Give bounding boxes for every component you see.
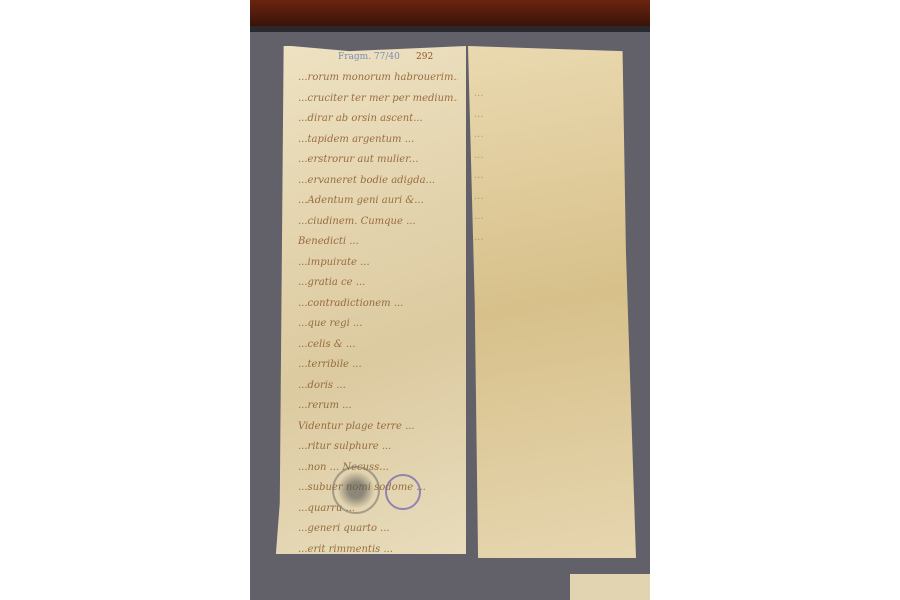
- manuscript-line: Videntur plage terre ...: [298, 421, 458, 442]
- manuscript-line: ...rorum monorum habrouerim...: [298, 72, 458, 93]
- manuscript-line: ...non ... Necuss...: [298, 462, 458, 483]
- manuscript-line: ...erit rimmentis ...: [298, 544, 458, 565]
- shelfmark-annotation: Fragm. 77/40: [338, 52, 400, 62]
- manuscript-line: ...cruciter ter mer per medium...: [298, 93, 458, 114]
- manuscript-line: ...gratia ce ...: [298, 277, 458, 298]
- manuscript-line: ...: [474, 88, 584, 109]
- manuscript-line: Benedicti ...: [298, 236, 458, 257]
- manuscript-line: ...: [474, 150, 584, 171]
- manuscript-line: ...Adentum geni auri &...: [298, 195, 458, 216]
- manuscript-line: ...: [474, 232, 584, 253]
- manuscript-line: ...contradictionem ...: [298, 298, 458, 319]
- manuscript-line: ...generi quarto ...: [298, 523, 458, 544]
- manuscript-line: ...terribile ...: [298, 359, 458, 380]
- manuscript-line: ...ervaneret bodie adigda...: [298, 175, 458, 196]
- manuscript-line: ...celis & ...: [298, 339, 458, 360]
- right-strip-text: ... ... ... ... ... ... ... ...: [474, 88, 584, 252]
- manuscript-line: ...que regi ...: [298, 318, 458, 339]
- manuscript-line: ...rerum ...: [298, 400, 458, 421]
- folio-number: 292: [416, 52, 433, 62]
- manuscript-line: ...tapidem argentum ...: [298, 134, 458, 155]
- manuscript-line: ...quarru ...: [298, 503, 458, 524]
- manuscript-line: ...ritur sulphure ...: [298, 441, 458, 462]
- manuscript-line: ...: [474, 170, 584, 191]
- library-stamp-icon: [332, 466, 380, 514]
- photograph: Fragm. 77/40 292 ...rorum monorum habrou…: [250, 0, 650, 600]
- parchment-corner: [570, 574, 650, 600]
- manuscript-line: ...: [474, 211, 584, 232]
- manuscript-line: ...impuirate ...: [298, 257, 458, 278]
- manuscript-line: ...dirar ab orsin ascent...: [298, 113, 458, 134]
- manuscript-line: ...: [474, 191, 584, 212]
- manuscript-line: ...: [474, 109, 584, 130]
- manuscript-line: ...erstrorur aut mulier...: [298, 154, 458, 175]
- manuscript-line: ...: [474, 129, 584, 150]
- manuscript-line: ...ciudinem. Cumque ...: [298, 216, 458, 237]
- manuscript-line: ...doris ...: [298, 380, 458, 401]
- purple-stamp-icon: [385, 474, 421, 510]
- wooden-frame: [250, 0, 650, 26]
